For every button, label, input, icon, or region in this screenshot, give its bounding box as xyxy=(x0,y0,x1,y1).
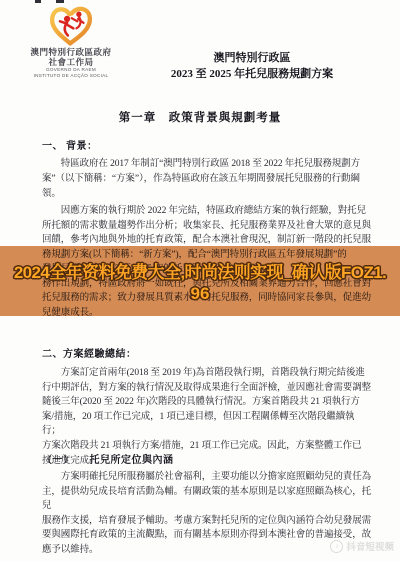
document-title-line2: 2023 至 2025 年托兒服務規劃方案 xyxy=(104,67,400,83)
scan-artifact xyxy=(56,0,64,3)
watermark-text: 抖音短视频 xyxy=(346,539,394,553)
music-note-icon: ♪ xyxy=(330,540,343,553)
paragraph-1: 特區政府在 2017 年制訂“澳門特別行政區 2018 至 2022 年托兒服務… xyxy=(42,157,372,202)
heart-logo-icon xyxy=(47,4,95,48)
document-title: 澳門特別行政區 2023 至 2025 年托兒服務規劃方案 xyxy=(104,51,400,82)
ad-overlay-text-line1[interactable]: 2024全年资料免费大全,时尚法则实现_确认版FOZ1. xyxy=(14,258,386,283)
paragraph-4: 方案明確托兒所服務屬於社會福利，主要功能以分擔家庭照顧幼兒的責任為 主，提供幼兒… xyxy=(42,470,372,557)
section2-heading: 二、方案經驗總結： xyxy=(42,345,137,360)
document-page: 澳門特別行政區政府 社會工作局 GOVERNO DA RAEM INSTITUT… xyxy=(0,0,400,561)
document-title-line1: 澳門特別行政區 xyxy=(104,51,400,67)
chapter-heading: 第一章 政策背景與規劃考量 xyxy=(0,109,400,125)
subsection-heading: （一） 托兒所定位與內涵 xyxy=(42,451,174,466)
section1-heading: 一、 背景： xyxy=(42,137,98,152)
ad-overlay-text-line2[interactable]: 96 xyxy=(191,284,210,304)
scan-artifact xyxy=(35,0,41,3)
ad-overlay-link[interactable]: 2024全年资料免费大全,时尚法则实现_确认版FOZ1. 96 xyxy=(0,246,400,316)
video-watermark: ♪ 抖音短视频 xyxy=(330,539,394,553)
